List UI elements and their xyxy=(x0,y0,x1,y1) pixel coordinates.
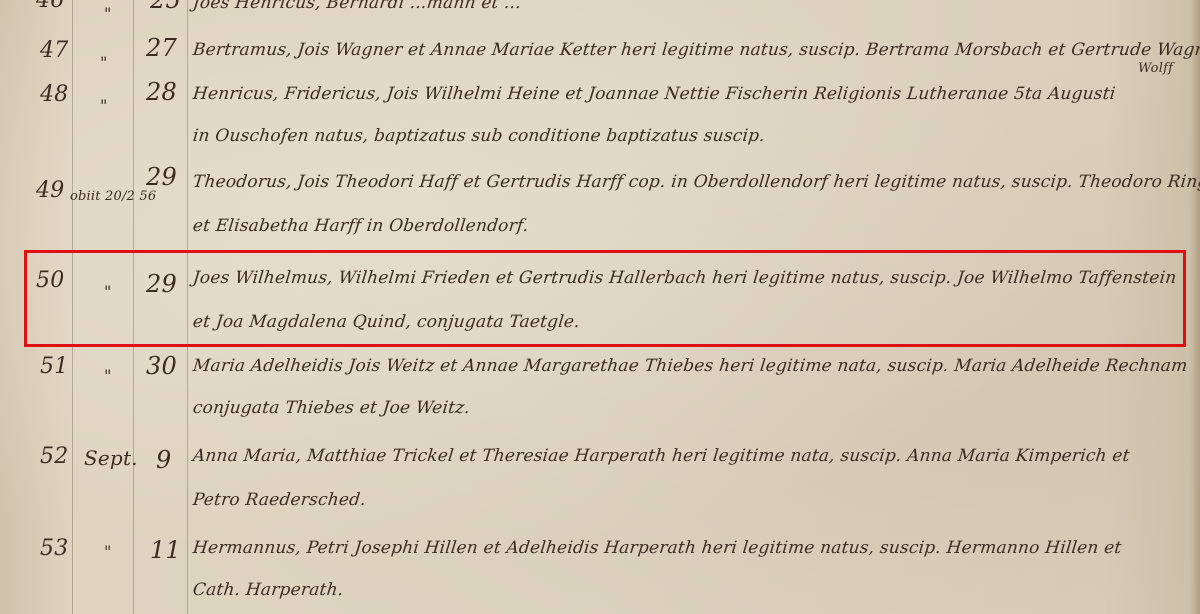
entry-number: 46 xyxy=(36,0,64,12)
page-edge-shadow xyxy=(1190,0,1200,614)
entry-month: " xyxy=(100,55,108,71)
highlight-box xyxy=(24,250,1186,347)
entry-day: 11 xyxy=(150,538,181,562)
entry-number: 51 xyxy=(40,356,68,378)
entry-text-line: et Elisabetha Harff in Oberdollendorf. xyxy=(192,218,529,235)
entry-text-line: in Ouschofen natus, baptizatus sub condi… xyxy=(192,128,766,145)
entry-number: 49 xyxy=(36,180,64,202)
entry-month: " xyxy=(104,368,112,384)
entry-month: " xyxy=(104,6,112,22)
entry-day: 28 xyxy=(146,80,177,104)
entry-death-note: obiit 20/2 56 xyxy=(70,190,156,203)
marginal-note: Wolff xyxy=(1138,62,1173,75)
entry-number: 47 xyxy=(40,40,68,62)
entry-month: " xyxy=(100,98,108,114)
entry-number: 53 xyxy=(40,538,68,560)
entry-day: 9 xyxy=(156,448,171,472)
entry-day: 30 xyxy=(146,354,177,378)
entry-text-line: Hermannus, Petri Josephi Hillen et Adelh… xyxy=(192,540,1122,557)
entry-text-line: Bertramus, Jois Wagner et Annae Mariae K… xyxy=(192,42,1200,59)
entry-day: 25 xyxy=(150,0,181,12)
entry-number: 48 xyxy=(40,84,68,106)
entry-text-line: Henricus, Fridericus, Jois Wilhelmi Hein… xyxy=(192,86,1116,103)
entry-text-line: Maria Adelheidis Jois Weitz et Annae Mar… xyxy=(192,358,1188,375)
entry-number: 52 xyxy=(40,446,68,468)
entry-month: " xyxy=(104,544,112,560)
entry-day: 29 xyxy=(146,165,177,189)
entry-text-line: Theodorus, Jois Theodori Haff et Gertrud… xyxy=(192,174,1200,191)
register-page: 46 " 25 Joes Henricus, Bernardi ...mann … xyxy=(0,0,1200,614)
entry-text-line: Cath. Harperath. xyxy=(192,582,344,599)
entry-month: Sept. xyxy=(84,448,138,468)
entry-text-line: Anna Maria, Matthiae Trickel et Theresia… xyxy=(192,448,1130,465)
entry-text-line: Joes Henricus, Bernardi ...mann et ... xyxy=(192,0,522,12)
entry-text-line: conjugata Thiebes et Joe Weitz. xyxy=(192,400,471,417)
entry-day: 27 xyxy=(146,36,177,60)
entry-text-line: Petro Raedersched. xyxy=(192,492,367,509)
